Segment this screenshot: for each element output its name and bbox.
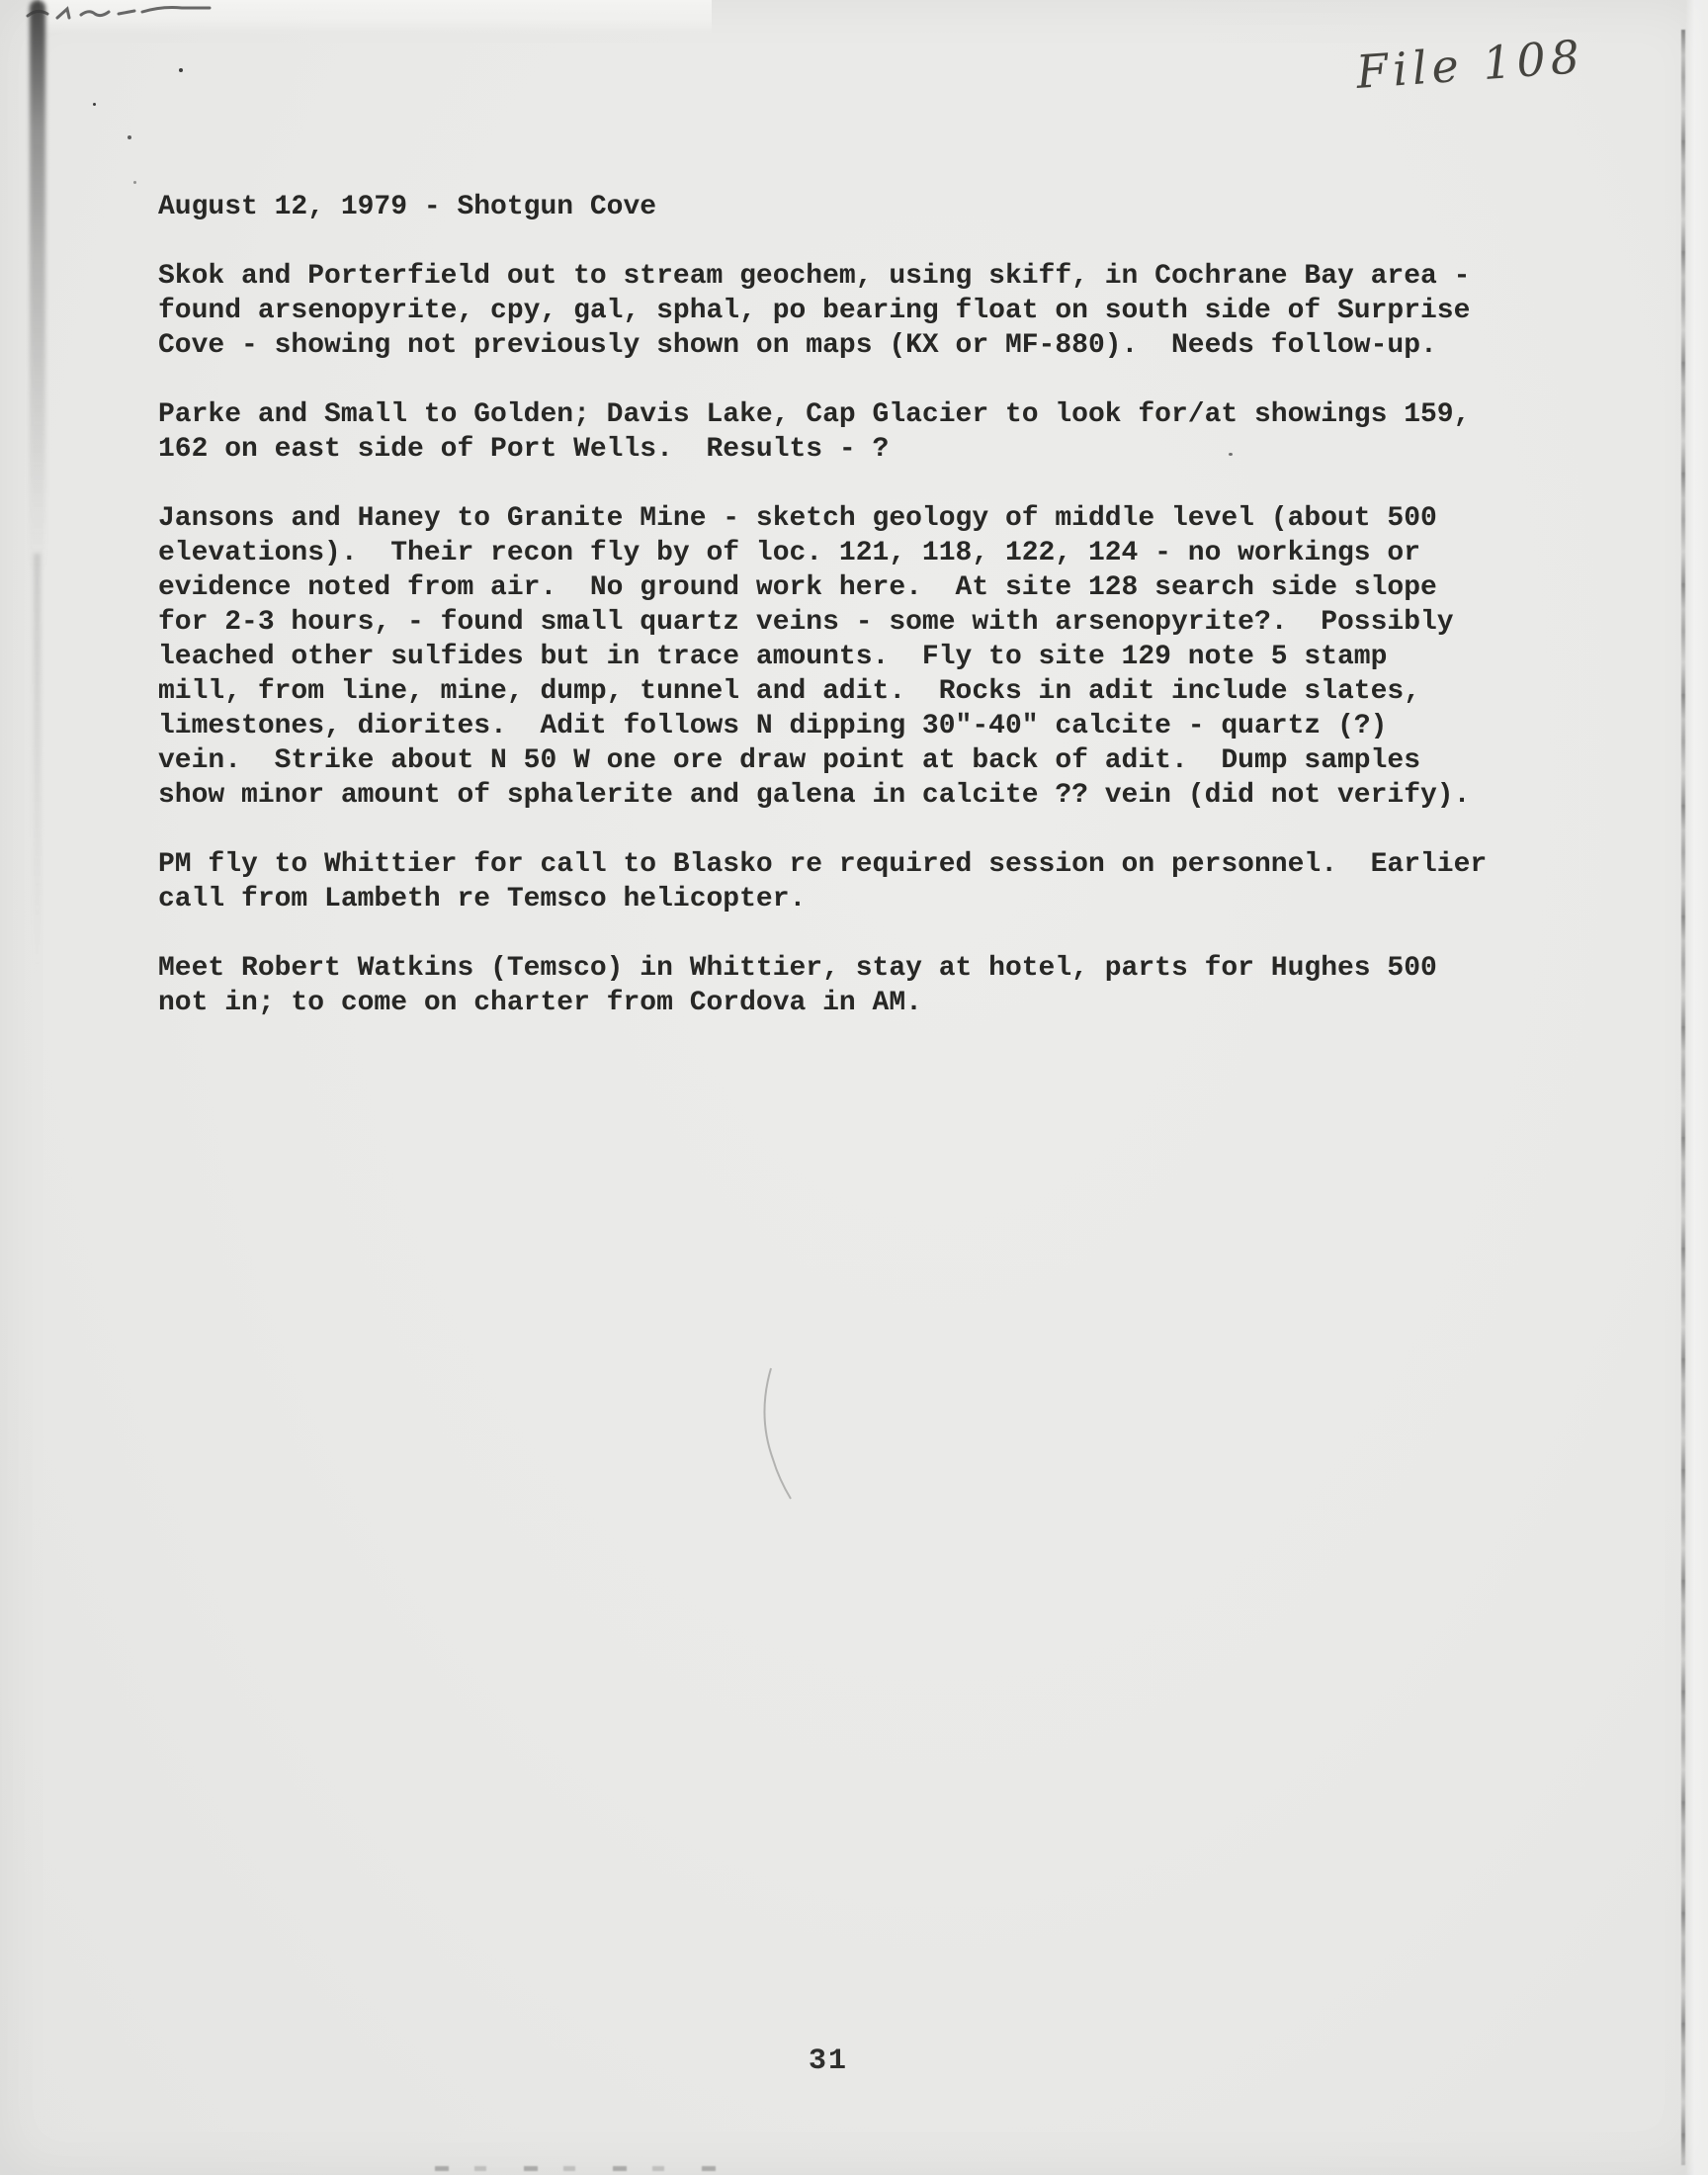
scan-right-gutter xyxy=(1685,0,1708,2175)
entry-heading: August 12, 1979 - Shotgun Cove xyxy=(158,190,1562,224)
paragraph-pm-whittier: PM fly to Whittier for call to Blasko re… xyxy=(158,847,1562,916)
pen-scribble-marks xyxy=(24,2,251,42)
hair-scan-mark xyxy=(741,1364,811,1513)
paragraph-parke-small: Parke and Small to Golden; Davis Lake, C… xyxy=(158,397,1562,467)
scan-speck xyxy=(128,135,131,139)
scan-speck xyxy=(133,181,136,184)
paragraph-meet-watkins: Meet Robert Watkins (Temsco) in Whittier… xyxy=(158,951,1562,1020)
handwritten-file-note: File 108 xyxy=(1354,30,1585,99)
scan-bottom-marks xyxy=(435,2166,731,2171)
scanned-page: File 108 August 12, 1979 - Shotgun Cove … xyxy=(0,0,1708,2175)
scan-speck xyxy=(179,68,183,72)
paragraph-skok-porterfield: Skok and Porterfield out to stream geoch… xyxy=(158,259,1562,363)
paragraph-jansons-haney: Jansons and Haney to Granite Mine - sket… xyxy=(158,501,1562,813)
scan-left-edge-smudge-tail xyxy=(34,554,41,979)
scan-speck xyxy=(93,103,96,106)
scan-left-edge-smudge xyxy=(30,0,45,573)
page-number: 31 xyxy=(809,2044,848,2078)
document-body: August 12, 1979 - Shotgun Cove Skok and … xyxy=(158,190,1562,1055)
